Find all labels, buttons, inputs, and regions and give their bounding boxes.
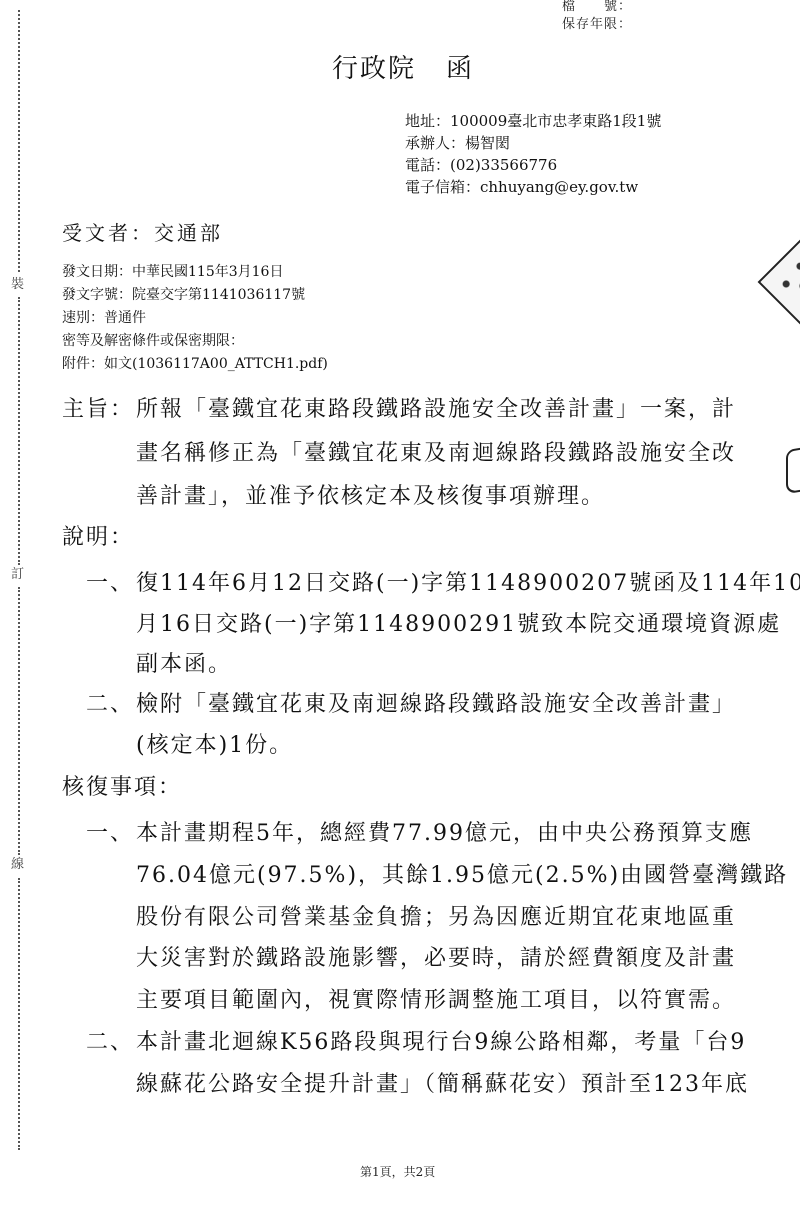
recipient-name: 交通部 bbox=[154, 221, 223, 245]
classification: 密等及解密條件或保密期限： bbox=[62, 330, 328, 353]
agency-name: 行政院 bbox=[332, 54, 416, 84]
binding-line-bottom bbox=[18, 878, 20, 1150]
document-title: 行政院函 bbox=[332, 48, 474, 85]
subject-line-2: 畫名稱修正為「臺鐵宜花東及南迴線路段鐵路設施安全改 bbox=[136, 441, 736, 467]
subject-line-1: 所報「臺鐵宜花東路段鐵路設施安全改善計畫」一案，計 bbox=[136, 397, 736, 423]
page-indicator: 第1頁，共2頁 bbox=[360, 1163, 435, 1180]
phone: 電話：(02)33566776 bbox=[405, 154, 661, 176]
explanation-item-2-line-2: (核定本)1份。 bbox=[136, 733, 293, 759]
file-number-label: 檔 號： bbox=[562, 0, 632, 16]
review-item-2-line-1: 本計畫北迴線K56路段與現行台9線公路相鄰，考量「台9 bbox=[136, 1030, 746, 1056]
recipient: 受文者：交通部 bbox=[62, 217, 223, 246]
recipient-label: 受文者： bbox=[62, 221, 154, 245]
subject-line-3: 善計畫」，並准予依核定本及核復事項辦理。 bbox=[136, 484, 605, 510]
doc-type: 函 bbox=[446, 54, 474, 84]
explanation-label: 說明： bbox=[62, 525, 134, 551]
subject-label: 主旨： bbox=[62, 397, 134, 423]
explanation-item-1-marker: 一、 bbox=[86, 571, 134, 597]
review-item-1-line-5: 主要項目範圍內，視實際情形調整施工項目，以符實需。 bbox=[136, 988, 736, 1014]
seal-stamp-icon bbox=[758, 240, 800, 325]
binding-label-xian: 線 bbox=[11, 858, 24, 872]
stamp-mark-icon bbox=[786, 446, 800, 495]
review-item-1-line-1: 本計畫期程5年，總經費77.99億元，由中央公務預算支應 bbox=[136, 821, 753, 847]
review-label: 核復事項： bbox=[62, 775, 182, 801]
retention-label: 保存年限： bbox=[562, 16, 632, 34]
explanation-item-1-line-2: 月16日交路(一)字第1148900291號致本院交通環境資源處 bbox=[136, 612, 781, 638]
review-item-1-line-3: 股份有限公司營業基金負擔；另為因應近期宜花東地區重 bbox=[136, 905, 736, 931]
review-item-1-line-2: 76.04億元(97.5%)，其餘1.95億元(2.5%)由國營臺灣鐵路 bbox=[136, 863, 788, 889]
binding-line-mid2 bbox=[18, 587, 20, 855]
issue-date: 發文日期：中華民國115年3月16日 bbox=[62, 261, 328, 284]
review-item-1-marker: 一、 bbox=[86, 821, 134, 847]
explanation-item-2-marker: 二、 bbox=[86, 692, 134, 718]
file-info: 檔 號： 保存年限： bbox=[562, 0, 632, 34]
handler: 承辦人：楊智閎 bbox=[405, 132, 661, 154]
email: 電子信箱：chhuyang@ey.gov.tw bbox=[405, 176, 661, 198]
explanation-item-1-line-3: 副本函。 bbox=[136, 652, 232, 678]
speed: 速別：普通件 bbox=[62, 307, 328, 330]
binding-label-ding: 訂 bbox=[11, 568, 24, 582]
review-item-1-line-4: 大災害對於鐵路設施影響，必要時，請於經費額度及計畫 bbox=[136, 946, 736, 972]
review-item-2-marker: 二、 bbox=[86, 1030, 134, 1056]
doc-number: 發文字號：院臺交字第1141036117號 bbox=[62, 284, 328, 307]
contact-block: 地址：100009臺北市忠孝東路1段1號 承辦人：楊智閎 電話：(02)3356… bbox=[405, 110, 661, 198]
explanation-item-1-line-1: 復114年6月12日交路(一)字第1148900207號函及114年10 bbox=[136, 571, 800, 597]
review-item-2-line-2: 線蘇花公路安全提升計畫」（簡稱蘇花安）預計至123年底 bbox=[136, 1072, 749, 1098]
binding-line-mid1 bbox=[18, 297, 20, 565]
address: 地址：100009臺北市忠孝東路1段1號 bbox=[405, 110, 661, 132]
meta-block: 發文日期：中華民國115年3月16日 發文字號：院臺交字第1141036117號… bbox=[62, 261, 328, 376]
attachment: 附件：如文(1036117A00_ATTCH1.pdf) bbox=[62, 353, 328, 376]
binding-label-zhuang: 裝 bbox=[11, 278, 24, 292]
explanation-item-2-line-1: 檢附「臺鐵宜花東及南迴線路段鐵路設施安全改善計畫」 bbox=[136, 692, 736, 718]
binding-line-top bbox=[18, 10, 20, 272]
